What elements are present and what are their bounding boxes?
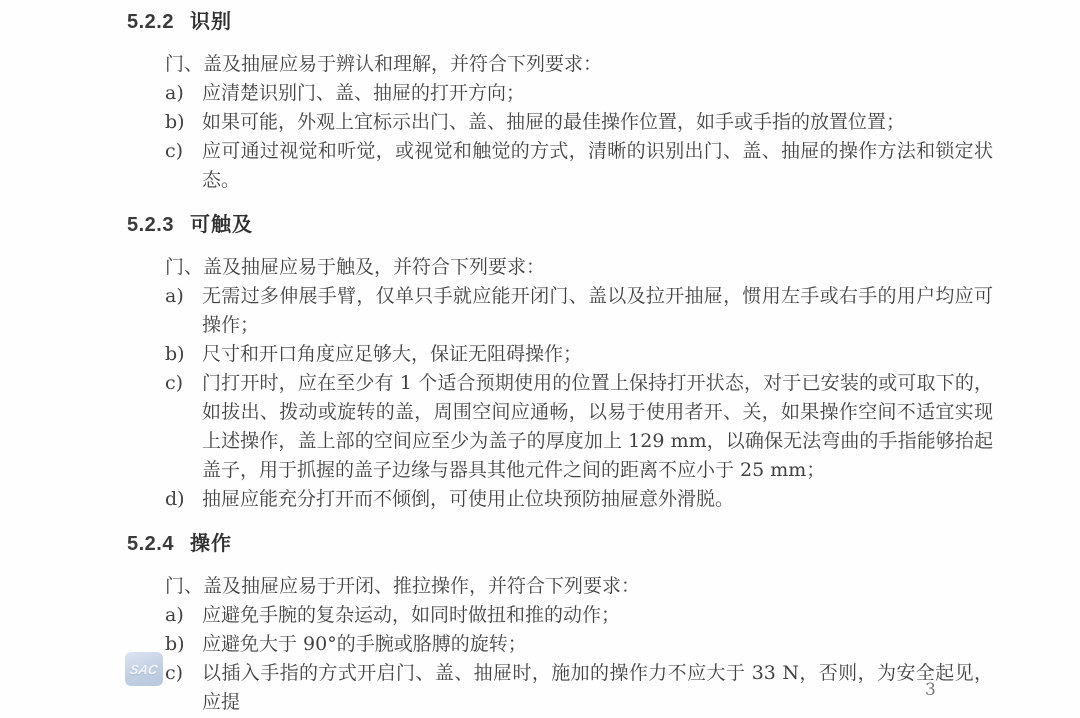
list-item: a) 应避免手腕的复杂运动，如同时做扭和推的动作； (165, 601, 993, 630)
list-item-label: b) (165, 630, 202, 659)
section-title: 可触及 (190, 214, 253, 236)
section-intro: 门、盖及抽屉应易于触及，并符合下列要求： (165, 253, 993, 282)
list-item-text: 应避免手腕的复杂运动，如同时做扭和推的动作； (202, 601, 993, 630)
list-item: b) 应避免大于 90°的手腕或胳膊的旋转； (165, 630, 993, 659)
list-item: c) 应可通过视觉和听觉，或视觉和触觉的方式，清晰的识别出门、盖、抽屉的操作方法… (165, 137, 993, 195)
document-content: 5.2.2识别 门、盖及抽屉应易于辨认和理解，并符合下列要求： a) 应清楚识别… (127, 8, 993, 717)
list-item-label: a) (165, 601, 202, 630)
section-intro: 门、盖及抽屉应易于开闭、推拉操作，并符合下列要求： (165, 572, 993, 601)
list-item-label: b) (165, 340, 202, 369)
list-item-label: a) (165, 282, 202, 340)
list-item-label: a) (165, 79, 202, 108)
list-item-label: b) (165, 108, 202, 137)
list-item: c) 门打开时，应在至少有 1 个适合预期使用的位置上保持打开状态，对于已安装的… (165, 369, 993, 485)
section-number: 5.2.4 (127, 533, 174, 555)
section-heading-523: 5.2.3可触及 (127, 211, 993, 239)
list-item-text: 应避免大于 90°的手腕或胳膊的旋转； (202, 630, 993, 659)
section-heading-524: 5.2.4操作 (127, 530, 993, 558)
list-item: b) 如果可能，外观上宜标示出门、盖、抽屉的最佳操作位置，如手或手指的放置位置； (165, 108, 993, 137)
section-title: 识别 (190, 11, 232, 33)
list-item-text: 如果可能，外观上宜标示出门、盖、抽屉的最佳操作位置，如手或手指的放置位置； (202, 108, 993, 137)
page-number: 3 (925, 680, 936, 700)
section-number: 5.2.3 (127, 214, 174, 236)
section-title: 操作 (190, 533, 232, 555)
list-item-label: d) (165, 485, 202, 514)
list-item-label: c) (165, 369, 202, 485)
list-item-text: 尺寸和开口角度应足够大，保证无阻碍操作； (202, 340, 993, 369)
list-item-label: c) (165, 137, 202, 195)
list-item-text: 无需过多伸展手臂，仅单只手就应能开闭门、盖以及拉开抽屉，惯用左手或右手的用户均应… (202, 282, 993, 340)
section-heading-522: 5.2.2识别 (127, 8, 993, 36)
list-item: a) 应清楚识别门、盖、抽屉的打开方向； (165, 79, 993, 108)
list-item: a) 无需过多伸展手臂，仅单只手就应能开闭门、盖以及拉开抽屉，惯用左手或右手的用… (165, 282, 993, 340)
section-intro: 门、盖及抽屉应易于辨认和理解，并符合下列要求： (165, 50, 993, 79)
list-item-text: 应清楚识别门、盖、抽屉的打开方向； (202, 79, 993, 108)
list-item-text: 门打开时，应在至少有 1 个适合预期使用的位置上保持打开状态，对于已安装的或可取… (202, 369, 993, 485)
list-item-label: c) (165, 659, 202, 717)
sac-watermark-logo: SAC (125, 652, 163, 686)
section-number: 5.2.2 (127, 11, 174, 33)
list-item-text: 应可通过视觉和听觉，或视觉和触觉的方式，清晰的识别出门、盖、抽屉的操作方法和锁定… (202, 137, 993, 195)
list-item-text: 以插入手指的方式开启门、盖、抽屉时，施加的操作力不应大于 33 N，否则，为安全… (202, 659, 993, 717)
list-item: b) 尺寸和开口角度应足够大，保证无阻碍操作； (165, 340, 993, 369)
document-page: 5.2.2识别 门、盖及抽屉应易于辨认和理解，并符合下列要求： a) 应清楚识别… (0, 0, 1080, 718)
sac-logo-text: SAC (129, 662, 160, 677)
list-item: d) 抽屉应能充分打开而不倾倒，可使用止位块预防抽屉意外滑脱。 (165, 485, 993, 514)
list-item-text: 抽屉应能充分打开而不倾倒，可使用止位块预防抽屉意外滑脱。 (202, 485, 993, 514)
list-item: c) 以插入手指的方式开启门、盖、抽屉时，施加的操作力不应大于 33 N，否则，… (165, 659, 993, 717)
